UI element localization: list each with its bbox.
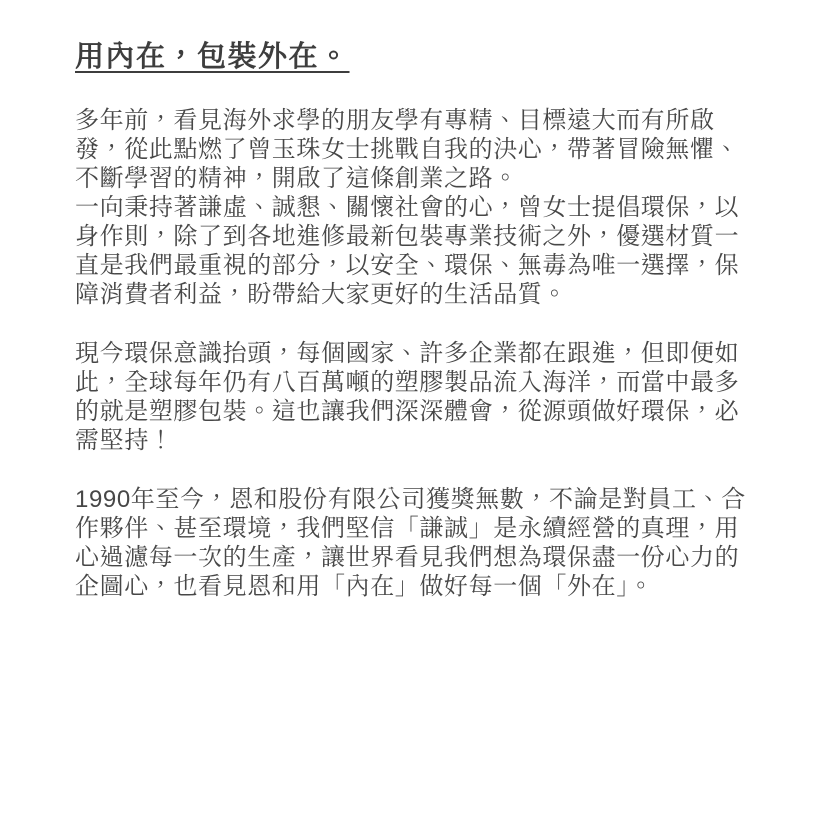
paragraph-environmental-awareness: 現今環保意識抬頭，每個國家、許多企業都在跟進，但即便如 此，全球每年仍有八百萬噸…	[75, 339, 767, 455]
about-article: 用內在，包裝外在。 多年前，看見海外求學的朋友學有專精、目標遠大而有所啟 發，從…	[75, 42, 767, 601]
paragraph-company-values: 一向秉持著謙虛、誠懇、關懷社會的心，曾女士提倡環保，以 身作則，除了到各地進修最…	[75, 193, 767, 309]
page-title: 用內在，包裝外在。	[75, 42, 767, 73]
paragraph-company-history: 1990年至今，恩和股份有限公司獲獎無數，不論是對員工、合 作夥伴、甚至環境，我…	[75, 485, 767, 601]
page-container: 用內在，包裝外在。 多年前，看見海外求學的朋友學有專精、目標遠大而有所啟 發，從…	[0, 0, 828, 827]
paragraph-founding-story: 多年前，看見海外求學的朋友學有專精、目標遠大而有所啟 發，從此點燃了曾玉珠女士挑…	[75, 106, 767, 193]
